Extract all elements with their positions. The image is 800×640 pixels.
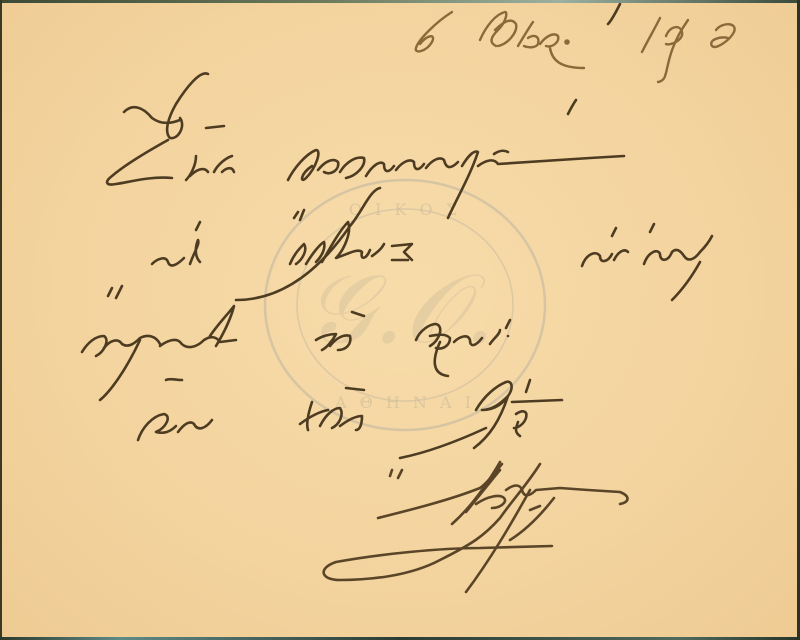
handwriting bbox=[2, 3, 797, 637]
line-2 bbox=[152, 188, 712, 300]
date-line bbox=[416, 12, 735, 82]
signature bbox=[324, 462, 628, 592]
line-4 bbox=[138, 379, 562, 458]
line-3 bbox=[82, 286, 510, 400]
paper-sheet: Ο Ι Κ Ο Σ Α Θ Η Ν Α Ι 𝒢.𝒪. bbox=[2, 3, 797, 637]
